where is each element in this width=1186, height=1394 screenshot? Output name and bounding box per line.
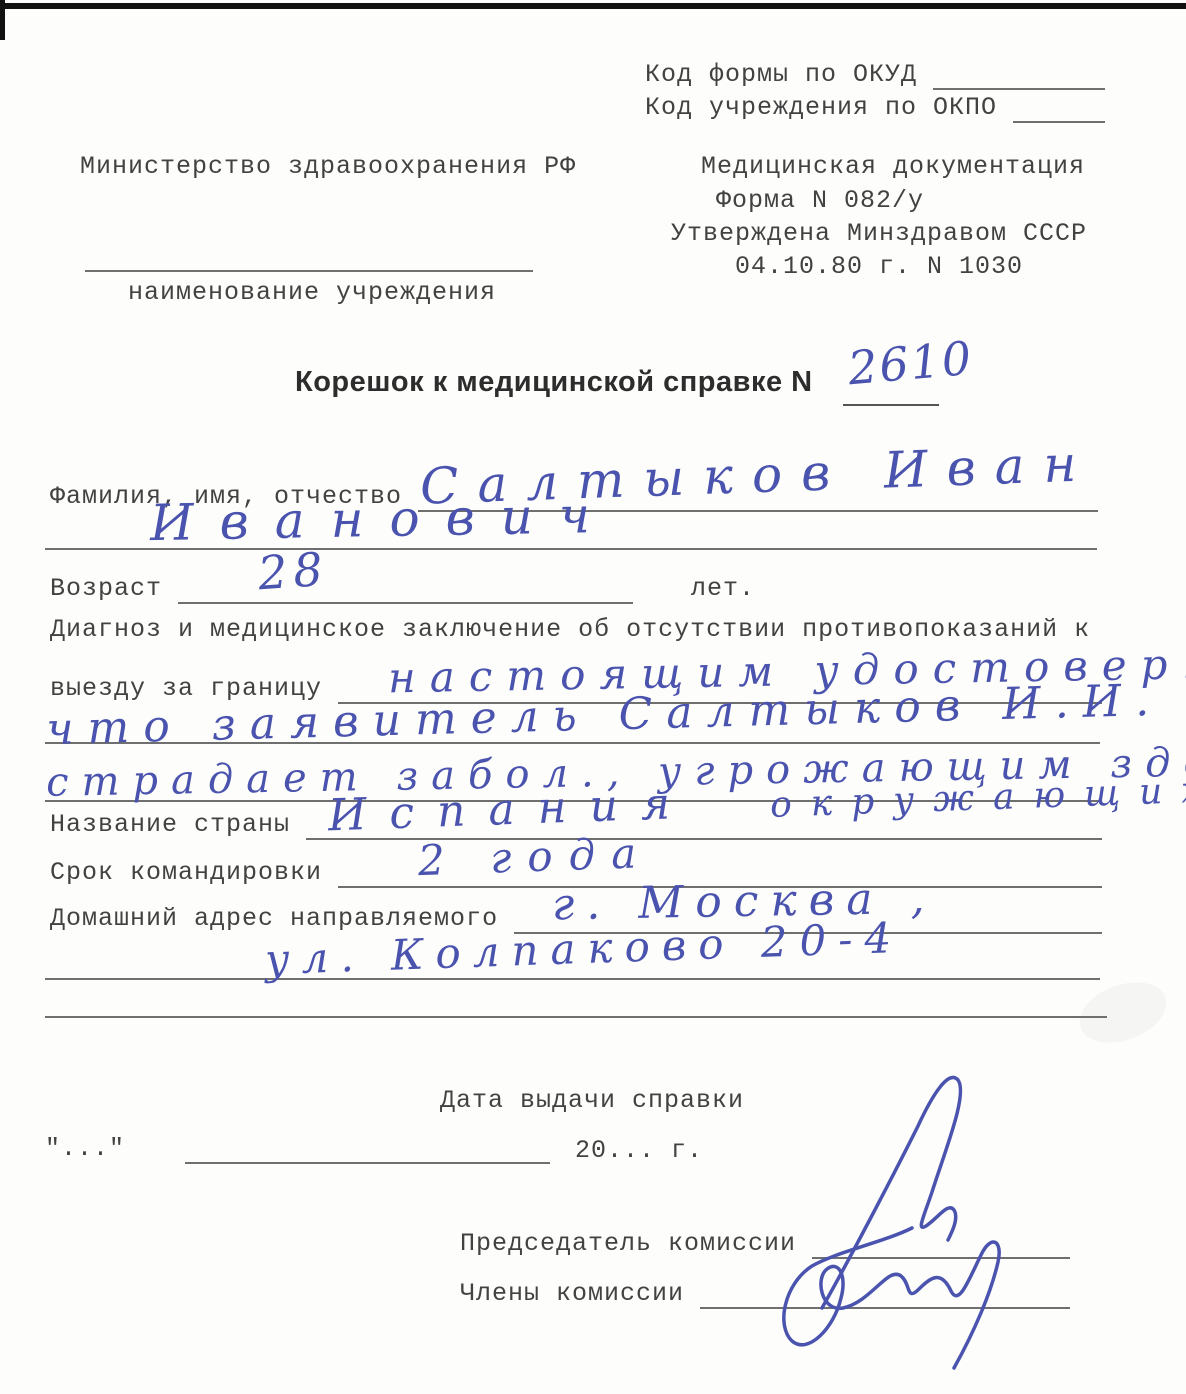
fio-label: Фамилия, имя, отчество — [50, 482, 402, 512]
day-blank-line — [185, 1152, 550, 1164]
day-quotes: "..." — [45, 1134, 125, 1164]
diagnosis-label-line2: выезду за границу — [50, 674, 322, 704]
diagnosis-blank-line — [338, 692, 1102, 704]
age-label: Возраст — [50, 574, 162, 604]
separator-blank-line — [45, 1016, 1107, 1018]
certificate-number-line — [843, 404, 939, 406]
okud-row: Код формы по ОКУД — [645, 56, 1105, 90]
country-blank-line — [306, 828, 1102, 840]
diagnosis-value3-handwritten: страдает забол., угрожающим здор. — [46, 741, 1186, 803]
scan-smudge — [1071, 971, 1174, 1053]
scan-corner-mark — [0, 0, 5, 40]
diagnosis-label-line1: Диагноз и медицинское заключение об отсу… — [50, 615, 1090, 644]
med-doc-line: 04.10.80 г. N 1030 — [735, 252, 1023, 281]
med-doc-line: Медицинская документация — [701, 152, 1085, 181]
members-signature — [784, 1228, 999, 1368]
institution-caption: наименование учреждения — [128, 278, 496, 307]
diagnosis-blank-line-2 — [45, 742, 1100, 744]
signatures-overlay — [740, 1050, 1120, 1394]
members-label: Члены комиссии — [460, 1279, 684, 1309]
address-blank-line-2 — [45, 978, 1100, 980]
fio-blank-line — [418, 500, 1098, 512]
okud-label: Код формы по ОКУД — [645, 60, 917, 90]
okpo-row: Код учреждения по ОКПО — [645, 89, 1105, 123]
address-row: Домашний адрес направляемого — [50, 900, 1102, 934]
med-doc-line: Форма N 082/у — [716, 186, 924, 215]
form-title: Корешок к медицинской справке N — [295, 366, 813, 399]
issue-date-label: Дата выдачи справки — [440, 1086, 744, 1115]
address-label: Домашний адрес направляемого — [50, 904, 498, 934]
country-row: Название страны — [50, 806, 1102, 840]
certificate-number-handwritten: 2610 — [846, 335, 975, 392]
ministry-title: Министерство здравоохранения РФ — [80, 152, 576, 181]
institution-blank-line — [85, 270, 533, 272]
year-label: 20... г. — [575, 1136, 703, 1165]
country-label: Название страны — [50, 810, 290, 840]
term-label: Срок командировки — [50, 858, 322, 888]
diagnosis-row: выезду за границу — [50, 670, 1102, 704]
address-blank-line — [514, 922, 1102, 934]
document-page: Код формы по ОКУД Код учреждения по ОКПО… — [0, 0, 1186, 1394]
fio-blank-line-2 — [45, 548, 1097, 550]
diagnosis-blank-line-3 — [45, 800, 1100, 802]
fio-row: Фамилия, имя, отчество — [50, 478, 1098, 512]
age-suffix: лет. — [691, 574, 755, 604]
day-row: "..." — [45, 1130, 550, 1164]
age-blank-line — [178, 592, 633, 604]
okpo-blank-line — [1013, 111, 1105, 123]
term-row: Срок командировки — [50, 854, 1102, 888]
med-doc-line: Утверждена Минздравом СССР — [671, 219, 1087, 248]
term-blank-line — [338, 876, 1102, 888]
okpo-label: Код учреждения по ОКПО — [645, 93, 997, 123]
scan-top-bar — [0, 3, 1186, 9]
age-row: Возраст лет. — [50, 570, 790, 604]
